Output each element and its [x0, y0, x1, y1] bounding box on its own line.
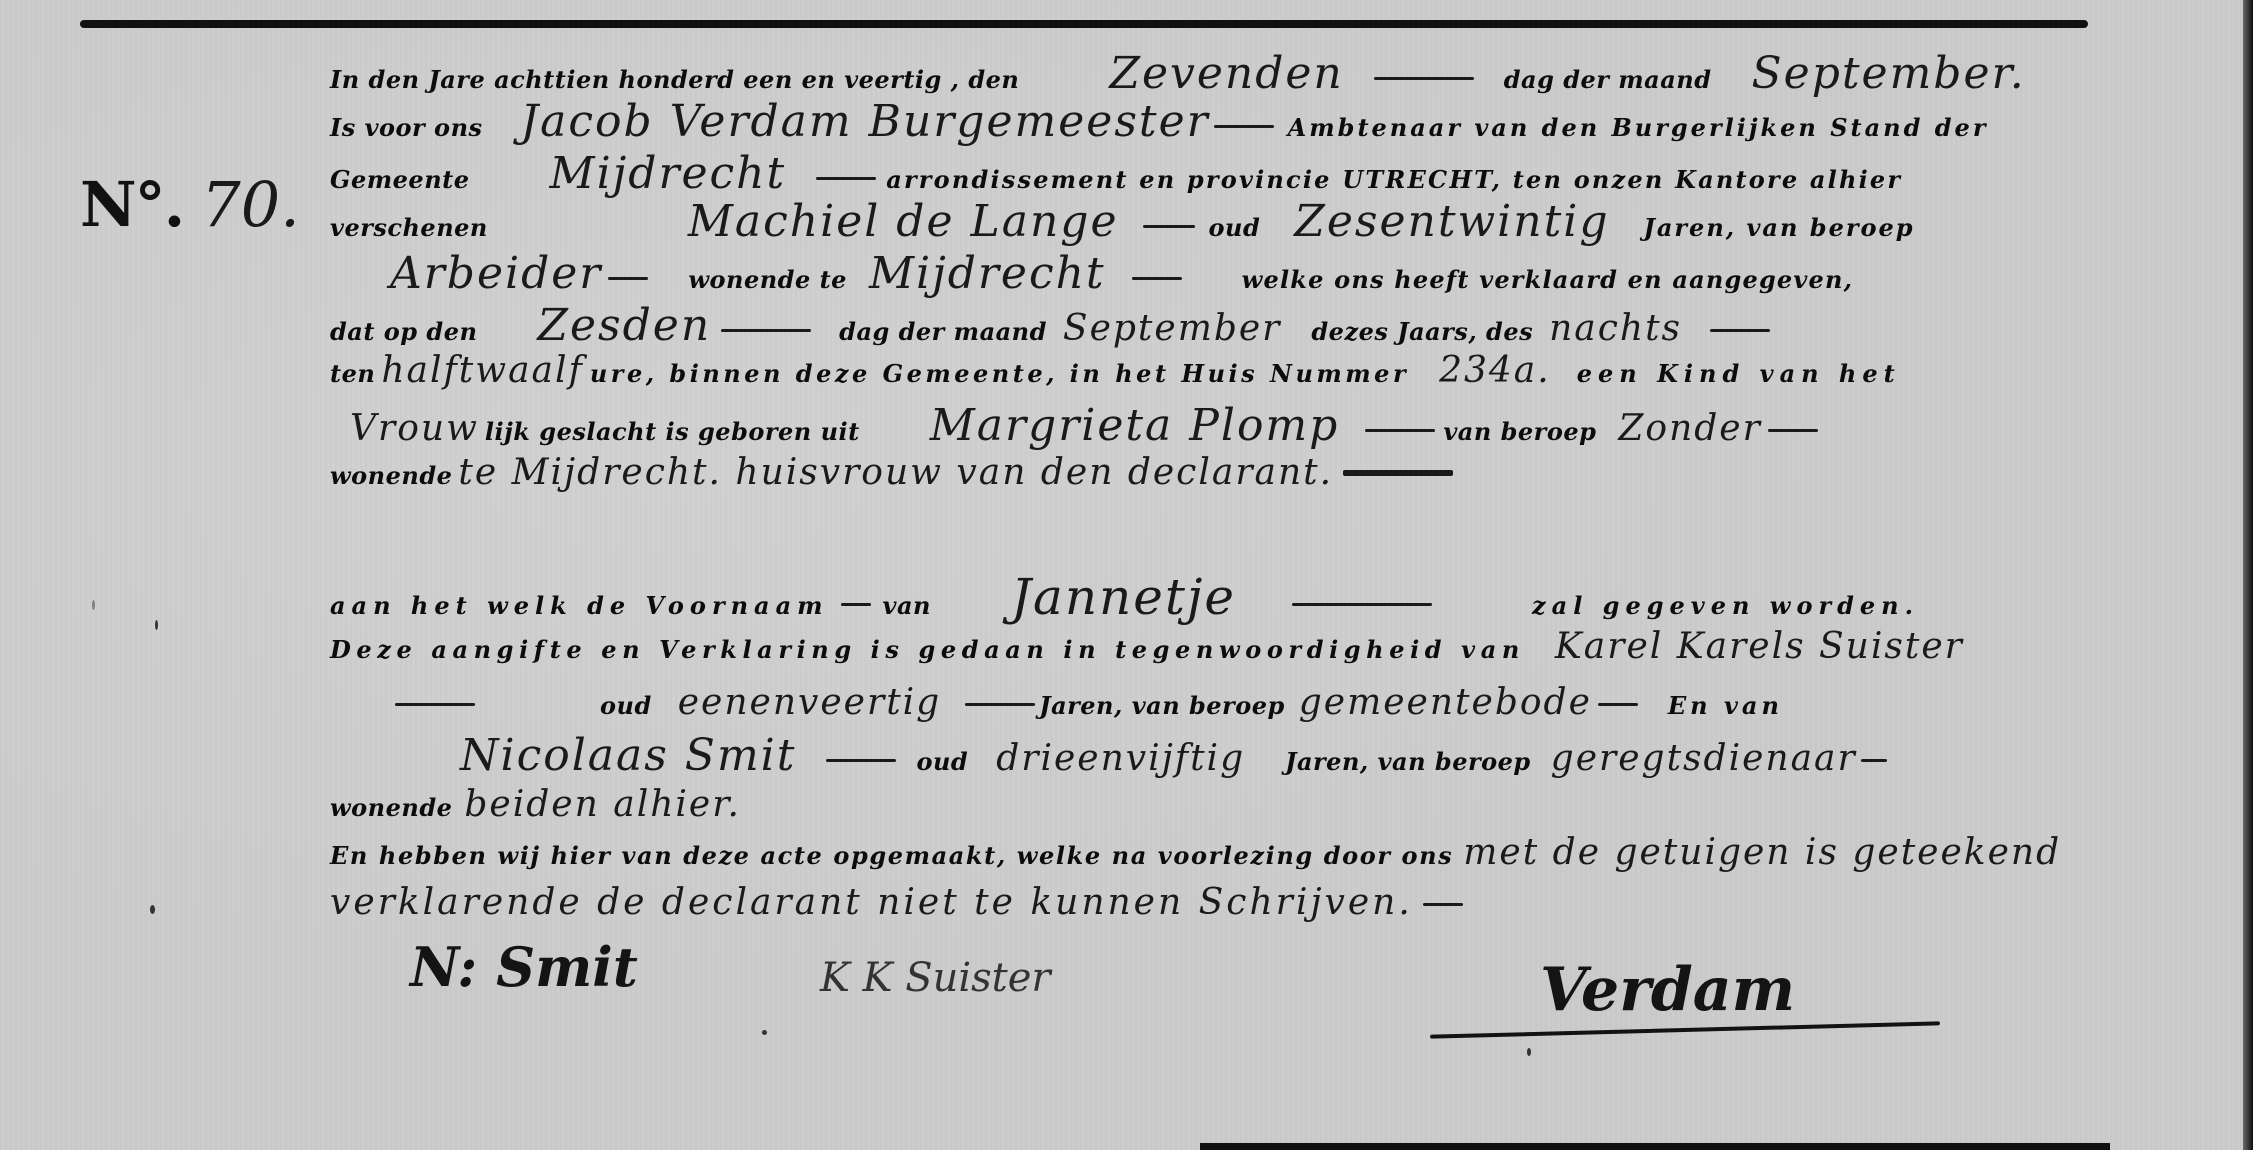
fill-dash	[395, 703, 475, 706]
handwritten-birth-day: Zesden	[537, 300, 711, 351]
printed-text: wonende	[330, 793, 452, 822]
handwritten-declaration: verklarende de declarant niet te kunnen …	[330, 882, 1413, 923]
fill-dash	[1365, 429, 1435, 432]
paper-speck	[762, 1030, 767, 1035]
signature-witness-smit: N: Smit	[410, 935, 638, 999]
paper-speck	[155, 620, 158, 630]
handwritten-closing: met de getuigen is geteekend	[1463, 832, 2061, 873]
page-edge-shadow	[2243, 0, 2253, 1150]
printed-text: dat op den	[330, 317, 477, 346]
text-line-5: Arbeider wonende te Mijdrecht welke ons …	[390, 248, 1853, 299]
printed-text: verschenen	[330, 213, 488, 242]
fill-dash	[1861, 759, 1887, 762]
fill-dash	[1132, 277, 1182, 280]
printed-text: Gemeente	[330, 165, 470, 194]
fill-dash	[1423, 903, 1463, 906]
fill-dash	[816, 177, 876, 180]
handwritten-municipality: Mijdrecht	[550, 148, 787, 199]
printed-text: dag der maand	[839, 317, 1047, 346]
fill-dash	[1343, 470, 1453, 476]
register-page: N°. 70. In den Jare achttien honderd een…	[0, 0, 2253, 1150]
handwritten-official: Jacob Verdam Burgemeester	[521, 96, 1210, 147]
printed-text: wonende te	[688, 265, 847, 294]
handwritten-witness-1: Karel Karels Suister	[1555, 626, 1964, 667]
fill-dash	[1292, 603, 1432, 606]
handwritten-child-name: Jannetje	[1011, 568, 1236, 626]
handwritten-mother: Margrieta Plomp	[930, 400, 1340, 451]
record-number: N°. 70.	[80, 168, 300, 241]
printed-text: Deze aangifte en Verklaring is gedaan in…	[330, 635, 1525, 664]
printed-text: van beroep	[1443, 417, 1596, 446]
printed-text: dezes Jaars, des	[1311, 317, 1533, 346]
paper-speck	[92, 600, 95, 610]
printed-text: Jaren, van beroep	[1644, 213, 1915, 242]
fill-dash	[826, 759, 896, 762]
printed-text: oud	[916, 747, 968, 776]
fill-dash	[1214, 125, 1274, 128]
handwritten-witness-2-occupation: geregtsdienaar	[1551, 738, 1857, 779]
printed-text: ure, binnen deze Gemeente, in het Huis N…	[590, 359, 1409, 388]
fill-dash	[1374, 77, 1474, 80]
top-rule	[80, 20, 2088, 28]
text-line-1: In den Jare achttien honderd een en veer…	[330, 48, 2026, 99]
text-line-2: Is voor ons Jacob Verdam Burgemeester Am…	[330, 96, 1988, 147]
text-line-8: Vrouw lijk geslacht is geboren uit Margr…	[350, 400, 1818, 451]
handwritten-birth-month: September	[1063, 308, 1281, 349]
paper-speck	[1527, 1048, 1531, 1056]
fill-dash	[1768, 429, 1818, 432]
fill-dash	[841, 603, 871, 606]
printed-text: arrondissement en provincie UTRECHT, ten…	[886, 165, 1902, 194]
printed-text: Is voor ons	[330, 113, 483, 142]
text-line-3: Gemeente Mijdrecht arrondissement en pro…	[330, 148, 1902, 199]
printed-text: dag der maand	[1504, 65, 1712, 94]
text-line-15: En hebben wij hier van deze acte opgemaa…	[330, 832, 2061, 873]
printed-text: En van	[1668, 691, 1783, 720]
handwritten-mother-occupation: Zonder	[1618, 408, 1761, 449]
text-line-4: verschenen Machiel de Lange oud Zesentwi…	[330, 196, 1915, 247]
handwritten-house-number: 234a.	[1439, 350, 1551, 391]
text-line-13: Nicolaas Smit oud drieenvijftig Jaren, v…	[460, 730, 1887, 781]
handwritten-witnesses-residence: beiden alhier.	[464, 784, 741, 825]
fill-dash	[1598, 703, 1638, 706]
paper-speck	[150, 905, 155, 914]
fill-dash	[965, 703, 1035, 706]
signature-official-verdam: Verdam	[1540, 955, 1795, 1025]
handwritten-sex: Vrouw	[350, 408, 479, 449]
text-line-10: aan het welk de Voornaam van Jannetje za…	[330, 568, 1919, 626]
record-number-value: 70.	[201, 168, 300, 241]
text-line-7: ten halftwaalf ure, binnen deze Gemeente…	[330, 350, 1901, 391]
handwritten-occupation: Arbeider	[390, 248, 602, 299]
handwritten-time-of-day: nachts	[1549, 308, 1682, 349]
printed-text: van	[883, 591, 931, 620]
fill-dash	[1710, 329, 1770, 332]
fill-dash	[1143, 225, 1195, 228]
fill-dash	[721, 329, 811, 332]
printed-text: Jaren, van beroep	[1039, 691, 1285, 720]
printed-text: aan het welk de Voornaam	[330, 591, 829, 620]
printed-text: lijk geslacht is geboren uit	[485, 417, 860, 446]
printed-text: oud	[600, 691, 652, 720]
printed-text: ten	[330, 359, 375, 388]
text-line-14: wonende beiden alhier.	[330, 784, 741, 825]
printed-text: oud	[1209, 213, 1261, 242]
signature-witness-suister: K K Suister	[820, 955, 1051, 1001]
text-line-16: verklarende de declarant niet te kunnen …	[330, 882, 1463, 923]
printed-text: Ambtenaar van den Burgerlijken Stand der	[1288, 113, 1989, 142]
handwritten-witness-2: Nicolaas Smit	[460, 730, 796, 781]
handwritten-age: Zesentwintig	[1294, 196, 1609, 247]
printed-text: Jaren, van beroep	[1285, 747, 1531, 776]
handwritten-witness-2-age: drieenvijftig	[996, 738, 1245, 779]
printed-text: een Kind van het	[1577, 359, 1901, 388]
printed-text: zal gegeven worden.	[1532, 591, 1919, 620]
printed-text: In den Jare achttien honderd een en veer…	[330, 65, 1019, 94]
handwritten-witness-1-age: eenenveertig	[678, 682, 941, 723]
handwritten-day: Zevenden	[1109, 48, 1343, 99]
record-number-label: N°.	[80, 168, 183, 241]
printed-text: welke ons heeft verklaard en aangegeven,	[1242, 265, 1854, 294]
handwritten-hour: halftwaalf	[381, 350, 584, 391]
text-line-11: Deze aangifte en Verklaring is gedaan in…	[330, 626, 1964, 667]
handwritten-witness-1-occupation: gemeentebode	[1299, 682, 1592, 723]
handwritten-residence: Mijdrecht	[869, 248, 1106, 299]
handwritten-mother-residence: te Mijdrecht. huisvrouw van den declaran…	[458, 452, 1333, 493]
handwritten-month: September.	[1752, 48, 2026, 99]
text-line-9: wonende te Mijdrecht. huisvrouw van den …	[330, 452, 1453, 493]
printed-text: wonende	[330, 461, 452, 490]
text-line-6: dat op den Zesden dag der maand Septembe…	[330, 300, 1770, 351]
handwritten-declarant: Machiel de Lange	[688, 196, 1119, 247]
printed-text: En hebben wij hier van deze acte opgemaa…	[330, 841, 1453, 870]
text-line-12: oud eenenveertig Jaren, van beroep gemee…	[395, 682, 1783, 723]
fill-dash	[608, 277, 648, 280]
bottom-rule	[1200, 1143, 2110, 1150]
